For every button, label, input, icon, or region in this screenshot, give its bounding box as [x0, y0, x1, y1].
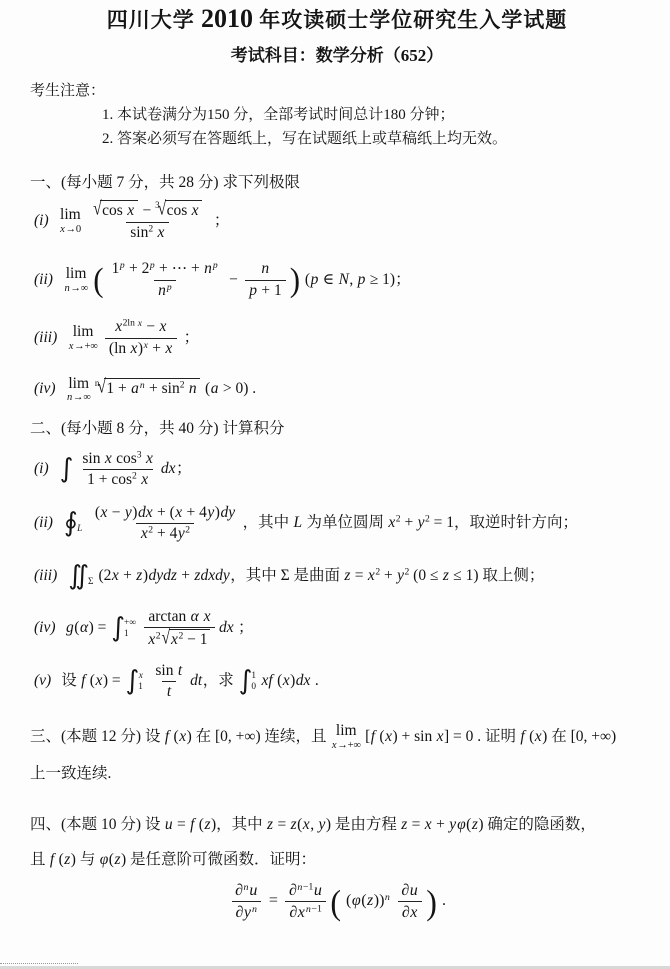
- limit-subscript: x→0: [60, 225, 81, 236]
- math-text: + (: [153, 504, 175, 521]
- math-text: 1: [138, 682, 143, 692]
- math-var: u: [249, 882, 258, 899]
- math-var: y: [243, 904, 251, 921]
- math-text: cos: [102, 202, 127, 219]
- math-integral: ∮L: [64, 510, 86, 538]
- math-fraction: sin x cos3 x1 + cos2 x: [78, 449, 157, 491]
- math-text: −: [139, 202, 156, 219]
- math-superscript: n: [252, 904, 258, 915]
- math-text: →0: [65, 224, 81, 235]
- math-integral: ∫+∞1: [111, 615, 139, 643]
- fraction-numerator: ∂n−1u: [285, 880, 326, 901]
- math-superscript: 2: [156, 631, 161, 642]
- integral-lower-bound: 1: [124, 630, 136, 639]
- integral-lower-bound: Σ: [88, 578, 93, 587]
- math-var: x: [179, 728, 187, 745]
- math-superscript: 3: [137, 449, 142, 460]
- math-text: ) 是由方程: [326, 816, 401, 833]
- math-text: (: [86, 672, 95, 689]
- math-var: x: [145, 450, 153, 467]
- integral-sign: ∫: [239, 668, 253, 696]
- radical-sign: √: [158, 198, 167, 221]
- radical-sign: √: [93, 198, 102, 221]
- math-text: 1: [251, 671, 256, 681]
- math-var: z: [401, 816, 408, 833]
- math-var: φ: [99, 851, 109, 868]
- math-text: →+∞: [74, 341, 98, 352]
- math-text: ≤ 1) 取上侧；: [449, 567, 544, 584]
- math-text: 2: [156, 631, 161, 642]
- section-3-line-2: 上一致连续.: [30, 763, 644, 784]
- math-var: y: [318, 816, 326, 833]
- math-var: z: [64, 851, 71, 868]
- math-var: n: [252, 904, 258, 915]
- math-text: (: [525, 728, 534, 745]
- math-var: x: [191, 202, 199, 219]
- integral-upper-bound: [88, 567, 93, 575]
- math-var: t: [177, 662, 182, 679]
- math-var: x: [165, 340, 173, 357]
- notice-item-1: 1. 本试卷满分为150 分，全部考试时间总计180 分钟；: [102, 105, 644, 126]
- fraction-denominator: np: [154, 280, 177, 302]
- math-text: sin: [82, 450, 104, 467]
- integral-bounds: L: [77, 512, 83, 536]
- math-text: ∂: [402, 904, 410, 921]
- math-text: 2: [180, 380, 185, 391]
- math-var: g: [66, 619, 75, 636]
- integral-upper-bound: [77, 514, 83, 522]
- math-var: dydz: [148, 567, 177, 584]
- fraction-denominator: ∂x: [398, 901, 422, 923]
- math-radical: 3√cos x: [156, 200, 202, 221]
- math-var: φ: [457, 816, 467, 833]
- math-var: α: [190, 608, 199, 625]
- math-var: y: [417, 514, 425, 531]
- math-text: [0, +∞): [571, 728, 617, 745]
- fraction-denominator: ∂yn: [232, 901, 262, 923]
- math-text: ∂: [289, 882, 297, 899]
- math-var: p: [310, 271, 319, 288]
- math-superscript: n−1: [305, 904, 322, 915]
- math-fraction: arctan α xx2√x2 − 1: [144, 607, 216, 651]
- integral-upper-bound: 1: [251, 672, 256, 681]
- limit-operator: lim: [336, 723, 357, 739]
- limit-subscript: x→+∞: [68, 342, 98, 353]
- fraction-numerator: n: [257, 259, 274, 280]
- integral-bounds: 10: [251, 670, 256, 694]
- fraction-denominator: x2 + 4y2: [136, 523, 194, 545]
- limit-subscript: x→+∞: [331, 741, 361, 752]
- math-text: +: [148, 340, 165, 357]
- math-text: −: [225, 271, 242, 288]
- limit-operator: lim: [73, 324, 94, 340]
- math-text: →∞: [73, 392, 91, 403]
- fraction-numerator: √cos x − 3√cos x: [88, 199, 207, 222]
- math-var: x: [127, 202, 135, 219]
- fraction-numerator: (x − y)dx + (x + 4y)dy: [91, 503, 240, 524]
- math-text: −: [108, 504, 125, 521]
- math-var: z: [367, 892, 374, 909]
- integral-lower-bound: L: [77, 525, 83, 534]
- math-text: ；: [176, 460, 192, 477]
- math-var: x: [203, 608, 211, 625]
- math-text: 3: [137, 449, 142, 460]
- math-text: .: [438, 892, 446, 909]
- math-text: cos: [167, 202, 192, 219]
- title-pre: 四川大学: [107, 8, 201, 32]
- math-text: ,: [310, 816, 318, 833]
- math-text: arctan: [148, 608, 190, 625]
- math-text: 为单位圆周: [303, 514, 388, 531]
- fraction-denominator: t: [162, 681, 175, 703]
- math-text: 0: [251, 682, 256, 692]
- math-var: φ: [351, 892, 361, 909]
- fraction-denominator: 1 + cos2 x: [83, 469, 152, 491]
- math-var: dy: [220, 504, 236, 521]
- problem-2-i-label: (i): [34, 460, 49, 477]
- math-var: n: [188, 380, 197, 397]
- math-text: ) 与: [71, 851, 99, 868]
- math-text: ，其中 Σ 是曲面: [230, 567, 344, 584]
- fraction-numerator: x2ln x − x: [111, 317, 171, 338]
- math-fraction: ∂u∂x: [397, 880, 422, 923]
- math-text: ) 在: [187, 728, 215, 745]
- math-text: −: [143, 318, 160, 335]
- math-text: (: [361, 892, 366, 909]
- math-text: [0, +∞): [215, 728, 261, 745]
- math-text: ∂: [235, 882, 243, 899]
- problem-2-iv-formula: g(α) = ∫+∞1arctan α xx2√x2 − 1dx ；: [66, 619, 254, 636]
- math-text: ) 在: [542, 728, 570, 745]
- math-text: →+∞: [337, 740, 361, 751]
- problem-1-iv-label: (iv): [34, 380, 56, 397]
- math-text: ，求: [203, 672, 238, 689]
- math-text: 四、(本题 10 分) 设: [30, 816, 164, 833]
- math-var: x: [175, 504, 183, 521]
- math-text: + 1: [257, 282, 281, 299]
- math-radical: √x2 − 1: [162, 629, 211, 650]
- math-text: =: [351, 567, 368, 584]
- math-var: L: [77, 524, 83, 534]
- exam-paper-page: 四川大学 2010 年攻读硕士学位研究生入学试题 考试科目：数学分析（652） …: [0, 0, 670, 969]
- math-var: y: [207, 504, 215, 521]
- math-text: + 4: [183, 504, 207, 521]
- math-var: N: [338, 271, 349, 288]
- math-var: u: [164, 816, 173, 833]
- math-integral: ∫: [60, 456, 74, 484]
- section-4-display-formula: ∂nu∂yn = ∂n−1u∂xn−1( (φ(z))n ∂u∂x) .: [30, 880, 644, 923]
- problem-1-ii-formula: limn→∞(1p + 2p + ⋯ + npnp − np + 1) (p ∈…: [63, 271, 411, 288]
- math-text: 1: [124, 629, 129, 639]
- math-superscript: p: [166, 282, 172, 293]
- fraction-denominator: ∂xn−1: [285, 901, 326, 923]
- problem-2-iii-label: (iii): [34, 567, 57, 584]
- math-fraction: ∂nu∂yn: [231, 880, 262, 923]
- math-text: (0 ≤: [409, 567, 442, 584]
- problem-1-i-label: (i): [34, 212, 49, 229]
- math-limit: limx→+∞: [331, 723, 361, 751]
- problem-1-i-formula: limx→0√cos x − 3√cos xsin2 x ；: [59, 212, 230, 229]
- section-2-heading: 二、(每小题 8 分，共 40 分) 计算积分: [30, 418, 644, 439]
- math-text: (: [273, 672, 282, 689]
- math-text: ；: [210, 212, 229, 229]
- math-fraction: ∂n−1u∂xn−1: [285, 880, 326, 923]
- fraction-denominator: p + 1: [245, 280, 286, 302]
- math-fraction: (x − y)dx + (x + 4y)dyx2 + 4y2: [91, 503, 240, 545]
- problem-1-iv-formula: limn→∞n√1 + an + sin2 n (a > 0) .: [66, 380, 257, 397]
- problem-2-iii: (iii)∬Σ(2x + z)dydz + zdxdy，其中 Σ 是曲面 z =…: [34, 563, 644, 591]
- limit-subscript: n→∞: [64, 284, 88, 295]
- math-text: ∈: [319, 271, 338, 288]
- math-text: ≥ 1)；: [366, 271, 411, 288]
- integral-upper-bound: +∞: [124, 619, 136, 628]
- math-text: +: [119, 567, 136, 584]
- title-post: 年攻读硕士学位研究生入学试题: [253, 8, 567, 32]
- section-4-statement-2: 且 f (z) 与 φ(z) 是任意阶可微函数．证明：: [30, 851, 316, 868]
- section-4-statement-1: 四、(本题 10 分) 设 u = f (z)，其中 z = z(x, y) 是…: [30, 816, 596, 833]
- fraction-denominator: x2√x2 − 1: [144, 627, 216, 651]
- problem-2-i-formula: ∫sin x cos3 x1 + cos2 xdx；: [59, 460, 192, 477]
- section-4-line-1: 四、(本题 10 分) 设 u = f (z)，其中 z = z(x, y) 是…: [30, 814, 644, 835]
- math-fraction: x2ln x − x(ln x)x + x: [105, 317, 177, 359]
- problem-1-iii-formula: limx→+∞x2ln x − x(ln x)x + x ；: [67, 329, 199, 346]
- problem-2-iv-label: (iv): [34, 619, 56, 636]
- math-text: (: [301, 271, 310, 288]
- problem-2-iv: (iv)g(α) = ∫+∞1arctan α xx2√x2 − 1dx ；: [34, 607, 644, 651]
- math-radical: √cos x: [93, 200, 137, 221]
- math-text: ) =: [89, 619, 111, 636]
- math-text: )): [374, 892, 385, 909]
- math-text: + sin: [145, 380, 180, 397]
- integral-sign: ∫: [60, 456, 74, 484]
- title-year: 2010: [201, 4, 253, 33]
- math-fraction: √cos x − 3√cos xsin2 x: [88, 199, 207, 243]
- partial-derivative-identity: ∂nu∂yn = ∂n−1u∂xn−1( (φ(z))n ∂u∂x) .: [228, 892, 446, 909]
- math-var: dt: [190, 672, 203, 689]
- math-text: + 4: [153, 525, 177, 542]
- fraction-numerator: sin t: [151, 661, 186, 682]
- integral-upper-bound: x: [138, 672, 143, 681]
- math-text: (: [201, 380, 210, 397]
- integral-lower-bound: 1: [138, 683, 143, 692]
- problem-2-ii: (ii)∮L(x − y)dx + (x + 4y)dyx2 + 4y2，其中 …: [34, 503, 644, 545]
- math-fraction: sin tt: [151, 661, 186, 703]
- problem-1-ii-label: (ii): [34, 271, 53, 288]
- math-var: y: [449, 816, 457, 833]
- math-var: z: [204, 816, 211, 833]
- math-superscript: 2: [180, 380, 185, 391]
- problem-2-v: (v)设 f (x) = ∫x1sin ttdt，求 ∫10xf (x)dx .: [34, 661, 644, 703]
- problem-1-iii-label: (iii): [34, 329, 57, 346]
- math-fraction: 1p + 2p + ⋯ + npnp: [108, 259, 223, 301]
- math-text: − 1: [183, 631, 207, 648]
- math-text: )，其中: [211, 816, 267, 833]
- math-var: y: [397, 567, 405, 584]
- math-text: ) 是任意阶可微函数．证明：: [121, 851, 316, 868]
- math-var: x: [282, 672, 290, 689]
- math-text: 2: [185, 525, 190, 536]
- math-superscript: 2ln x: [123, 318, 143, 329]
- math-var: x: [138, 671, 143, 681]
- problem-1-i: (i)limx→0√cos x − 3√cos xsin2 x ；: [34, 199, 644, 243]
- math-integral: ∫x1: [126, 668, 147, 696]
- integral-sign: ∫: [111, 615, 125, 643]
- math-text: +: [177, 567, 194, 584]
- math-var: dx: [218, 619, 234, 636]
- math-text: −1: [311, 904, 322, 915]
- radicand: cos x: [165, 200, 202, 220]
- math-text: .: [311, 672, 319, 689]
- math-text: ；: [234, 619, 253, 636]
- math-var: p: [357, 271, 366, 288]
- page-bottom-dotted-line: [0, 963, 78, 964]
- math-superscript: 2: [185, 525, 190, 536]
- math-text: Σ: [88, 577, 93, 587]
- fraction-numerator: ∂u: [397, 880, 422, 901]
- math-text: =: [274, 816, 291, 833]
- math-var: p: [212, 260, 218, 271]
- radical-sign: √: [162, 628, 171, 651]
- math-text: (: [170, 728, 179, 745]
- problem-2-iii-formula: ∬Σ(2x + z)dydz + zdxdy，其中 Σ 是曲面 z = x2 +…: [67, 567, 544, 584]
- math-text: =: [408, 816, 425, 833]
- math-var: z: [267, 816, 274, 833]
- math-text: 1 + cos: [87, 471, 132, 488]
- math-text: 且: [30, 851, 49, 868]
- math-var: a: [210, 380, 219, 397]
- fraction-numerator: arctan α x: [144, 607, 215, 628]
- integral-bounds: Σ: [88, 565, 93, 589]
- math-var: α: [79, 619, 88, 636]
- math-integral: ∫10: [239, 668, 259, 696]
- math-text: ，其中: [243, 514, 293, 531]
- integral-sign: ∬: [68, 563, 89, 591]
- math-var: n: [261, 260, 270, 277]
- math-text: =: [265, 892, 282, 909]
- math-var: x: [115, 318, 123, 335]
- math-limit: limx→0: [60, 207, 81, 235]
- section-3-line-1: 三、(本题 12 分) 设 f (x) 在 [0, +∞) 连续，且 limx→…: [30, 723, 644, 751]
- problem-2-v-label: (v): [34, 672, 51, 689]
- math-text: ) =: [103, 672, 125, 689]
- math-fraction: np + 1: [245, 259, 286, 301]
- math-text: ) 确定的隐函数，: [478, 816, 596, 833]
- math-var: z: [136, 567, 143, 584]
- math-text: 三、(本题 12 分) 设: [30, 728, 164, 745]
- math-limit: limx→+∞: [68, 324, 98, 352]
- math-text: =: [173, 816, 190, 833]
- math-var: zdxdy: [194, 567, 230, 584]
- math-var: z: [344, 567, 351, 584]
- section-1-heading: 一、(每小题 7 分，共 28 分) 求下列极限: [30, 172, 644, 193]
- math-text: sin: [155, 662, 177, 679]
- limit-operator: lim: [68, 376, 89, 392]
- math-limit: limn→∞: [64, 266, 88, 294]
- math-var: x: [534, 728, 542, 745]
- math-integral: ∬Σ: [68, 563, 96, 591]
- math-text: > 0) .: [219, 380, 256, 397]
- math-var: u: [313, 882, 322, 899]
- math-text: + 2: [125, 260, 149, 277]
- math-var: x: [157, 224, 165, 241]
- limit-operator: lim: [60, 207, 81, 223]
- math-var: x: [159, 318, 167, 335]
- math-var: x: [148, 631, 156, 648]
- math-text: [390, 892, 394, 909]
- limit-subscript: n→∞: [67, 393, 91, 404]
- math-text: +: [401, 514, 418, 531]
- section-4-line-2: 且 f (z) 与 φ(z) 是任意阶可微函数．证明：: [30, 849, 644, 870]
- math-var: x: [141, 471, 149, 488]
- problem-2-v-formula: 设 f (x) = ∫x1sin ttdt，求 ∫10xf (x)dx .: [61, 672, 318, 689]
- fraction-denominator: (ln x)x + x: [105, 338, 177, 360]
- math-text: (: [55, 851, 64, 868]
- math-text: (: [376, 728, 385, 745]
- math-var: x: [410, 904, 418, 921]
- math-text: 2ln: [123, 318, 138, 329]
- math-text: +: [432, 816, 449, 833]
- problem-2-ii-label: (ii): [34, 514, 53, 531]
- math-var: xf: [261, 672, 273, 689]
- problem-1-iv: (iv)limn→∞n√1 + an + sin2 n (a > 0) .: [34, 376, 644, 404]
- radicand: 1 + an + sin2 n: [104, 378, 200, 398]
- integral-bounds: +∞1: [124, 617, 136, 641]
- page-title: 四川大学 2010 年攻读硕士学位研究生入学试题: [30, 4, 644, 35]
- math-text: (2: [98, 567, 111, 584]
- math-text: 设: [61, 672, 80, 689]
- fraction-numerator: 1p + 2p + ⋯ + np: [108, 259, 223, 280]
- limit-operator: lim: [66, 266, 87, 282]
- math-var: p: [166, 282, 172, 293]
- math-text: →∞: [70, 283, 88, 294]
- fraction-numerator: ∂nu: [231, 880, 262, 901]
- math-var: z: [114, 851, 121, 868]
- math-text: cos: [112, 450, 137, 467]
- math-var: x: [100, 504, 108, 521]
- subject-line: 考试科目：数学分析（652）: [30, 45, 644, 67]
- problem-2-i: (i)∫sin x cos3 x1 + cos2 xdx；: [34, 449, 644, 491]
- math-var: t: [166, 683, 171, 700]
- math-var: L: [293, 514, 303, 531]
- math-var: dx: [160, 460, 176, 477]
- problem-1-ii: (ii)limn→∞(1p + 2p + ⋯ + npnp − np + 1) …: [34, 259, 644, 301]
- math-text: 1 +: [106, 380, 130, 397]
- notice-item-2: 2. 答案必须写在答题纸上，写在试题纸上或草稿纸上均无效。: [102, 129, 644, 150]
- math-var: x: [95, 672, 103, 689]
- problem-1-iii: (iii)limx→+∞x2ln x − x(ln x)x + x ；: [34, 317, 644, 359]
- math-var: x: [424, 816, 432, 833]
- math-radical: n√1 + an + sin2 n: [96, 378, 200, 398]
- math-limit: limn→∞: [67, 376, 91, 404]
- math-text: + ⋯ +: [155, 260, 203, 277]
- math-text: (ln: [109, 340, 130, 357]
- math-text: 连续，且: [261, 728, 331, 745]
- integral-lower-bound: 0: [251, 683, 256, 692]
- math-text: = 1，取逆时针方向；: [430, 514, 578, 531]
- math-text: ,: [349, 271, 357, 288]
- math-text: (: [342, 892, 351, 909]
- math-text: ] = 0 . 证明: [444, 728, 520, 745]
- integral-sign: ∮: [64, 510, 78, 538]
- integral-bounds: x1: [138, 670, 143, 694]
- radicand: x2 − 1: [169, 629, 211, 649]
- math-text: sin: [130, 224, 148, 241]
- math-superscript: n−1: [297, 882, 314, 893]
- radical-sign: √: [97, 377, 106, 400]
- math-var: dx: [295, 672, 311, 689]
- math-var: x: [302, 816, 310, 833]
- problem-2-ii-formula: ∮L(x − y)dx + (x + 4y)dyx2 + 4y2，其中 L 为单…: [63, 514, 578, 531]
